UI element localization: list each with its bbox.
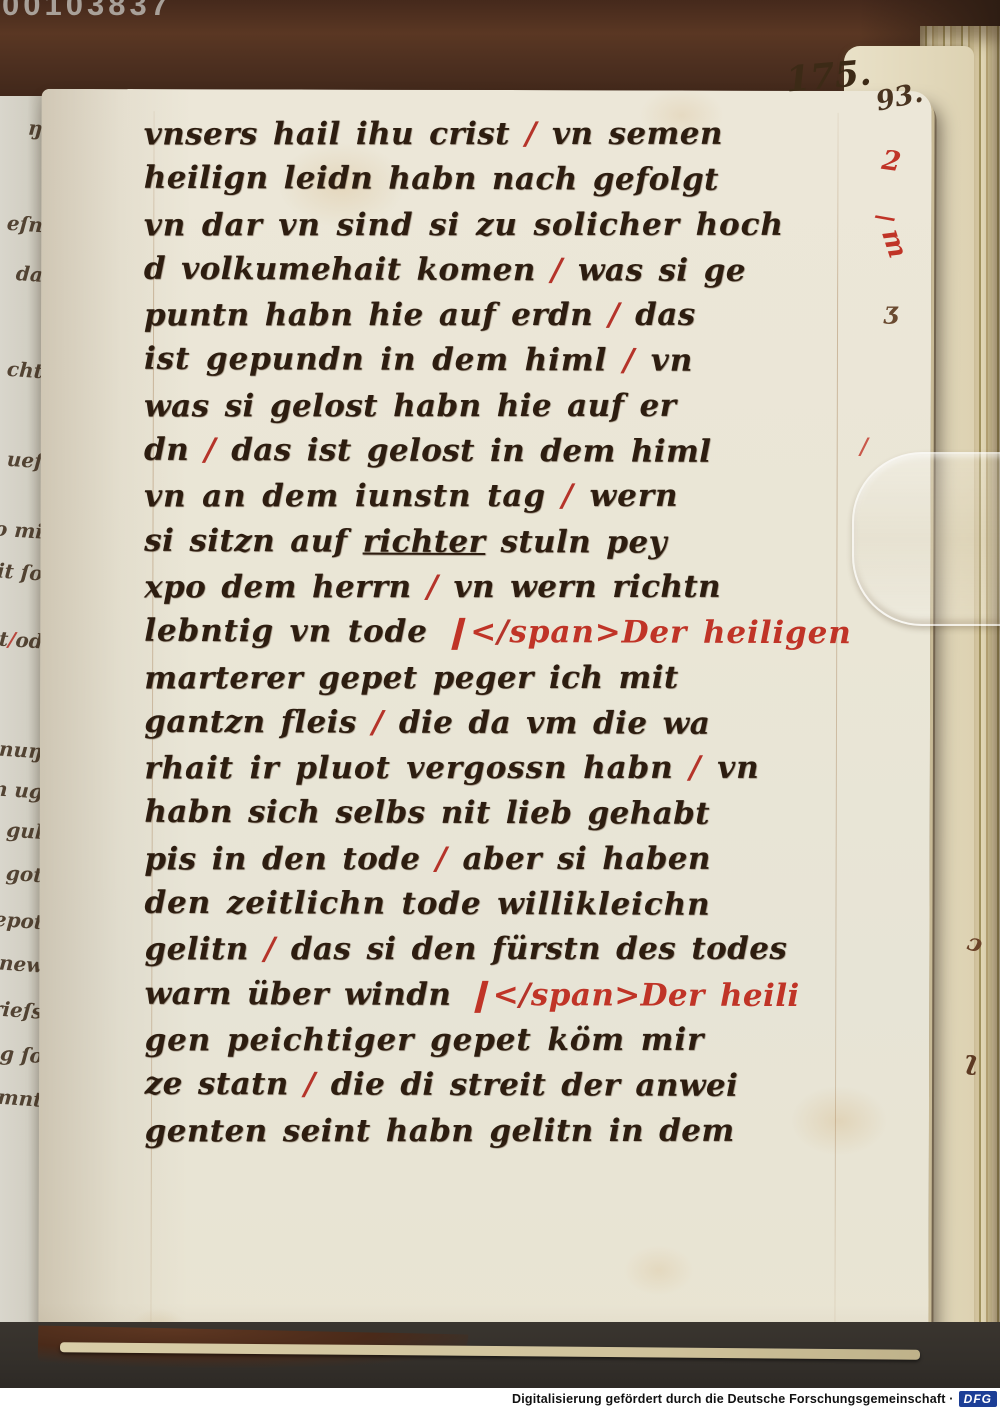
manuscript-line: vn dar vn sind si zu solicher hoch — [144, 206, 868, 252]
manuscript-scan-scene: 00103837 ŋeſndachtuefo miit ſot/odnuŋn u… — [0, 0, 1000, 1410]
transparent-page-holder-tab — [852, 452, 1000, 626]
folio-number: 175. — [784, 52, 872, 100]
margin-ink-mark: ʅ — [964, 1046, 978, 1076]
manuscript-line: marterer gepet peger ich mit — [144, 659, 868, 705]
previous-page-text-fragment: n ug — [0, 776, 44, 803]
previous-page-text-fragment: gepot — [0, 906, 44, 934]
previous-page-text-fragment: imnt — [0, 1084, 44, 1112]
manuscript-line: gantzn fleis / die da vm die wa — [144, 704, 868, 752]
previous-page-text-fragment: nuŋ — [0, 737, 44, 764]
manuscript-line: gen peichtiger gepet köm mir — [145, 1022, 869, 1068]
manuscript-line: vnsers hail ihu crist / vn semen — [144, 116, 868, 162]
previous-page-text-fragment: rieſs — [0, 996, 44, 1023]
previous-page-text-fragment: new — [0, 950, 44, 977]
manuscript-line: ze statn / die di streit der anwei — [145, 1066, 869, 1114]
previous-page-text-fragment: got — [6, 861, 44, 887]
manuscript-line: si sitzn auf richter stuln pey — [144, 522, 868, 570]
manuscript-line: xpo dem herrn / vn wern richtn — [144, 569, 868, 615]
manuscript-line: dn / das ist gelost in dem himl — [144, 432, 868, 480]
manuscript-line: genten seint habn gelitn in dem — [145, 1112, 869, 1158]
manuscript-line: heilign leidn habn nach gefolgt — [144, 160, 868, 208]
manuscript-line: warn über windn ❙</span>Der heili — [144, 975, 868, 1023]
manuscript-line: d volkumehait komen / was si ge — [144, 251, 868, 299]
margin-ink-mark: / — [860, 434, 868, 460]
manuscript-line: pis in den tode / aber si haben — [144, 840, 868, 886]
previous-page-text-fragment: eſn — [6, 211, 43, 237]
previous-page-text-fragment: t/od — [0, 626, 44, 653]
manuscript-line: den zeitlichn tode willikleichn — [144, 885, 868, 933]
previous-page-text-fragment: da — [15, 261, 44, 287]
previous-page-text-fragment: o mi — [0, 516, 44, 543]
previous-page-text-fragment: rig ſo — [0, 1040, 44, 1068]
previous-page-text-fragment: cht — [6, 357, 44, 383]
manuscript-line: puntn habn hie auf erdn / das — [144, 297, 868, 343]
credit-text: Digitalisierung gefördert durch die Deut… — [512, 1392, 954, 1406]
margin-ink-mark: 2 — [880, 145, 903, 178]
manuscript-line: rhait ir pluot vergossn habn / vn — [144, 750, 868, 796]
previous-page-text-fragment: it ſo — [0, 558, 44, 585]
manuscript-page: vnsers hail ihu crist / vn semenheilign … — [38, 89, 931, 1355]
digitization-credit-bar: Digitalisierung gefördert durch die Deut… — [0, 1388, 1000, 1410]
manuscript-line: lebntig vn tode ❙</span>Der heiligen — [144, 613, 868, 661]
manuscript-line: habn sich selbs nit lieb gehabt — [144, 794, 868, 842]
scan-watermark-number: 00103837 — [2, 0, 172, 23]
manuscript-line: ist gepundn in dem himl / vn — [144, 341, 868, 389]
margin-ink-mark: ʒ — [884, 296, 898, 325]
manuscript-line: was si gelost habn hie auf er — [144, 388, 868, 434]
manuscript-line: vn an dem iunstn tag / wern — [144, 478, 868, 524]
previous-page-text-fragment: n gul — [0, 816, 44, 844]
manuscript-text-block: vnsers hail ihu crist / vn semenheilign … — [144, 116, 869, 1158]
previous-page-text-fragment: uef — [6, 447, 43, 473]
manuscript-line: gelitn / das si den fürstn des todes — [144, 931, 868, 977]
dfg-logo: DFG — [959, 1391, 997, 1407]
